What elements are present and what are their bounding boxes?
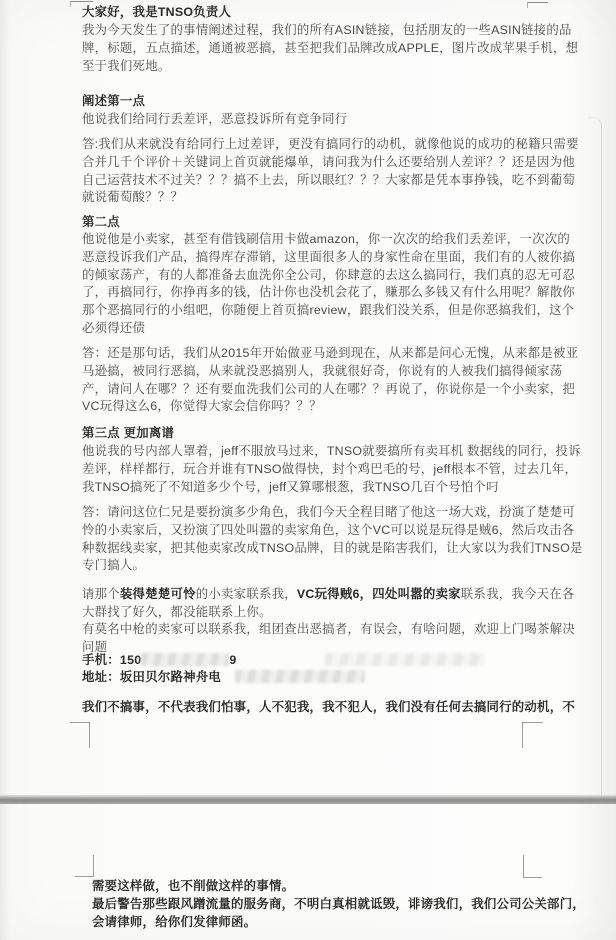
text-segment: 答:我们从来就没有给同行上过差评，更没有搞同行的动机，就像他说的成功的秘籍只需要 [82,137,579,151]
text-line: 第三点 更加离谱 [82,425,174,443]
page2-top-right-boundary-mark [523,855,542,878]
text-line: 答：请问这位仁兄是要扮演多少角色，我们今天全程目睹了他这一场大戏，扮演了楚楚可 [82,504,583,522]
text-segment: 需要这样做，也不削做这样的事情。 [92,879,294,893]
text-segment: 第三点 更加离谱 [82,426,174,440]
section3-answer: 答：请问这位仁兄是要扮演多少角色，我们今天全程目睹了他这一场大戏，扮演了楚楚可怜… [82,504,583,575]
text-line: 恶意投诉我们产品，搞得库存滞销，这里面很多人的身家性命在里面，我们有的人被你搞 [82,249,575,267]
text-line: 马逊搞，被同行恶搞，从来就没恶搞别人，我就很好奇，你说有的人被我们搞得倾家荡 [82,363,578,381]
section2-claim: 他说他是小卖家，甚至有借钱刷信用卡做amazon，你一次次的给我们丢差评，一次次… [82,231,575,338]
text-line: 阐述第一点 [82,93,145,111]
text-line: 产，请问人在哪？？还有要血洗我们公司的人在哪？？再说了，你说你是一个小卖家，把 [82,381,578,399]
section1-claim: 他说我们给同行丢差评，恶意投诉所有竞争同行 [82,111,347,129]
section3-heading: 第三点 更加离谱 [82,425,174,443]
text-line: 需要这样做，也不削做这样的事情。 [92,878,585,896]
text-segment: 怜的小卖家后，又扮演了四处叫嚣的卖家角色，这个VC可以说是玩得是贼6，然后攻击各 [82,523,575,537]
text-line: 牌，标题，五点描述，通通被恶搞，甚至把我们品牌改成APPLE，图片改成苹果手机，… [82,40,578,58]
text-segment: 手机：150 [82,653,141,667]
text-line: 了，再搞同行，你挣再多的钱，估计你也没机会花了，赚那么多钱又有什么用呢？解散你 [82,284,575,302]
text-line: 会请律师，给你们发律师函。 [92,914,585,932]
text-segment: 了，再搞同行，你挣再多的钱，估计你也没机会花了，赚那么多钱又有什么用呢？解散你 [82,285,575,299]
text-line: 大家好，我是TNSO负责人 [82,4,231,22]
document-photo: 大家好，我是TNSO负责人我为今天发生了的事情阐述过程，我们的所有ASIN链接，… [0,0,616,940]
text-line: 合并几千个评价＋关键词上首页就能爆单，请问我为什么还要给别人差评？？还是因为他 [82,154,579,172]
text-segment: 阐述第一点 [82,94,145,108]
contact-address-line: 地址：坂田贝尔路神舟电 [82,669,365,687]
section2-heading: 第二点 [82,214,120,232]
text-line: 那个恶搞同行的小组吧，你随便上首页搞review，跟我们没关系，但是你恶搞我们，… [82,302,575,320]
text-segment: 牌，标题，五点描述，通通被恶搞，甚至把我们品牌改成APPLE，图片改成苹果手机，… [82,41,578,55]
text-segment: 就说葡萄酸？？？ [82,190,183,204]
page2-top-left-boundary-mark [75,855,94,877]
text-line: 请那个装得楚楚可怜的小卖家联系我，VC玩得贼6，四处叫嚣的卖家联系我，我今天在各 [82,586,575,604]
text-segment: 会请律师，给你们发律师函。 [92,915,256,929]
text-segment: 地址：坂田贝尔路神舟电 [82,670,221,684]
text-line: 手机：1509 [82,652,485,670]
text-segment: 大家好，我是TNSO负责人 [82,5,231,19]
text-segment: VC玩得贼6，四处叫嚣的卖家 [297,587,461,601]
page2-closing-paragraph: 需要这样做，也不削做这样的事情。最后警告那些跟风蹭流量的服务商，不明白真相就诋毁… [92,878,585,931]
text-segment: 种数据线卖家，把其他卖家改成TNSO品牌，目的就是陷害我们，让大家以为我们TNS… [82,541,583,555]
redacted-blur-patch [235,670,365,683]
text-line: 第二点 [82,214,120,232]
text-segment: 有莫名中枪的卖家可以联系我，组团查出恶搞者，有误会，有啥问题，欢迎上门喝茶解决 [82,622,575,636]
text-line: 种数据线卖家，把其他卖家改成TNSO品牌，目的就是陷害我们，让大家以为我们TNS… [82,540,583,558]
text-segment: 答：请问这位仁兄是要扮演多少角色，我们今天全程目睹了他这一场大戏，扮演了楚楚可 [82,505,575,519]
text-segment: 请那个 [82,587,120,601]
intro-paragraph: 我为今天发生了的事情阐述过程，我们的所有ASIN链接，包括朋友的一些ASIN链接… [82,22,578,75]
text-line: 答:我们从来就没有给同行上过差评，更没有搞同行的动机，就像他说的成功的秘籍只需要 [82,136,579,154]
text-segment: 自己运营技术不过关？？？搞不上去，所以眼红？？？大家都是凭本事挣钱，吃不到葡萄 [82,173,575,187]
text-segment: 联系我，我今天在各 [461,587,575,601]
doc-title: 大家好，我是TNSO负责人 [82,4,231,22]
text-segment: 他说我的号内部人罩着，jeff不服放马过来，TNSO就要搞所有卖耳机 数据线的同… [82,444,581,458]
text-segment: 我们不搞事，不代表我们怕事，人不犯我，我不犯人，我们没有任何去搞同行的动机，不 [82,700,575,714]
text-line: 就说葡萄酸？？？ [82,189,579,207]
text-line: 我们不搞事，不代表我们怕事，人不犯我，我不犯人，我们没有任何去搞同行的动机，不 [82,699,575,717]
text-segment: 大群找了好久，都没能联系上你。 [82,605,272,619]
text-line: 的倾家荡产，有的人都准备去血洗你全公司，你肆意的去这么搞同行，我们真的忍无可忍 [82,267,575,285]
text-line: 最后警告那些跟风蹭流量的服务商，不明白真相就诋毁，诽谤我们，我们公司公关部门， [92,896,585,914]
text-line: 差评，样样都行，玩合并谁有TNSO做得快，封个鸡巴毛的号，jeff根本不管，过去… [82,461,581,479]
section1-answer: 答:我们从来就没有给同行上过差评，更没有搞同行的动机，就像他说的成功的秘籍只需要… [82,136,579,207]
text-segment: 装得楚楚可怜 [120,587,196,601]
photo-soft-layer: 大家好，我是TNSO负责人我为今天发生了的事情阐述过程，我们的所有ASIN链接，… [0,0,616,940]
text-segment: 答：还是那句话，我们从2015年开始做亚马逊到现在，从来都是问心无愧，从来都是被… [82,346,578,360]
text-line: VC玩得这么6，你觉得大家会信你吗？？？ [82,398,578,416]
text-segment: 差评，样样都行，玩合并谁有TNSO做得快，封个鸡巴毛的号，jeff根本不管，过去… [82,462,577,476]
text-segment: 我为今天发生了的事情阐述过程，我们的所有ASIN链接，包括朋友的一些ASIN链接… [82,23,572,37]
text-segment: VC玩得这么6，你觉得大家会信你吗？？？ [82,399,322,413]
text-line: 答：还是那句话，我们从2015年开始做亚马逊到现在，从来都是问心无愧，从来都是被… [82,345,578,363]
page1-bottom-left-boundary-mark [70,722,90,748]
text-segment: 的小卖家联系我， [196,587,297,601]
closing-warning: 我们不搞事，不代表我们怕事，人不犯我，我不犯人，我们没有任何去搞同行的动机，不 [82,699,575,717]
redacted-blur-patch [141,653,229,666]
text-segment: 他说他是小卖家，甚至有借钱刷信用卡做amazon，你一次次的给我们丢差评，一次次… [82,232,570,246]
text-segment: 第二点 [82,215,120,229]
page-2: 需要这样做，也不削做这样的事情。最后警告那些跟风蹭流量的服务商，不明白真相就诋毁… [0,803,616,940]
text-line: 我TNSO搞死了不知道多少个号，jeff又算哪根葱，我TNSO几百个号怕个叼 [82,479,581,497]
text-line: 地址：坂田贝尔路神舟电 [82,669,365,687]
text-line: 有莫名中枪的卖家可以联系我，组团查出恶搞者，有误会，有啥问题，欢迎上门喝茶解决 [82,621,575,639]
text-line: 必须得还债 [82,320,575,338]
text-segment: 我TNSO搞死了不知道多少个号，jeff又算哪根葱，我TNSO几百个号怕个叼 [82,480,499,494]
text-segment: 最后警告那些跟风蹭流量的服务商，不明白真相就诋毁，诽谤我们，我们公司公关部门， [92,897,585,911]
text-line: 他说我的号内部人罩着，jeff不服放马过来，TNSO就要搞所有卖耳机 数据线的同… [82,443,581,461]
text-segment: 必须得还债 [82,321,145,335]
text-segment: 那个恶搞同行的小组吧，你随便上首页搞review，跟我们没关系，但是你恶搞我们，… [82,303,574,317]
text-line: 怜的小卖家后，又扮演了四处叫嚣的卖家角色，这个VC可以说是玩得是贼6，然后攻击各 [82,522,583,540]
page-right-edge-line [588,117,602,796]
section3-claim: 他说我的号内部人罩着，jeff不服放马过来，TNSO就要搞所有卖耳机 数据线的同… [82,443,581,496]
page1-bottom-right-boundary-mark [522,722,543,748]
text-line: 专门搞人。 [82,557,583,575]
text-segment: 产，请问人在哪？？还有要血洗我们公司的人在哪？？再说了，你说你是一个小卖家，把 [82,382,575,396]
page1-top-right-boundary-mark [527,2,548,8]
text-segment: 马逊搞，被同行恶搞，从来就没恶搞别人，我就很好奇，你说有的人被我们搞得倾家荡 [82,364,562,378]
text-segment: 他说我们给同行丢差评，恶意投诉所有竞争同行 [82,112,347,126]
text-segment: 专门搞人。 [82,558,145,572]
text-segment: 恶意投诉我们产品，搞得库存滞销，这里面很多人的身家性命在里面，我们有的人被你搞 [82,250,575,264]
section1-heading: 阐述第一点 [82,93,145,111]
text-line: 至于我们死地。 [82,58,578,76]
contact-phone-line: 手机：1509 [82,652,485,670]
text-line: 他说他是小卖家，甚至有借钱刷信用卡做amazon，你一次次的给我们丢差评，一次次… [82,231,575,249]
callout-paragraph: 请那个装得楚楚可怜的小卖家联系我，VC玩得贼6，四处叫嚣的卖家联系我，我今天在各… [82,586,575,622]
text-segment: 9 [229,653,236,667]
text-segment: 的倾家荡产，有的人都准备去血洗你全公司，你肆意的去这么搞同行，我们真的忍无可忍 [82,268,575,282]
section2-answer: 答：还是那句话，我们从2015年开始做亚马逊到现在，从来都是问心无愧，从来都是被… [82,345,578,416]
text-segment: 合并几千个评价＋关键词上首页就能爆单，请问我为什么还要给别人差评？？还是因为他 [82,155,575,169]
text-line: 他说我们给同行丢差评，恶意投诉所有竞争同行 [82,111,347,129]
text-segment: 至于我们死地。 [82,59,170,73]
text-line: 我为今天发生了的事情阐述过程，我们的所有ASIN链接，包括朋友的一些ASIN链接… [82,22,578,40]
text-line: 自己运营技术不过关？？？搞不上去，所以眼红？？？大家都是凭本事挣钱，吃不到葡萄 [82,172,579,190]
redacted-blur-patch [325,653,485,666]
text-line: 大群找了好久，都没能联系上你。 [82,604,575,622]
page-1: 大家好，我是TNSO负责人我为今天发生了的事情阐述过程，我们的所有ASIN链接，… [0,0,616,795]
